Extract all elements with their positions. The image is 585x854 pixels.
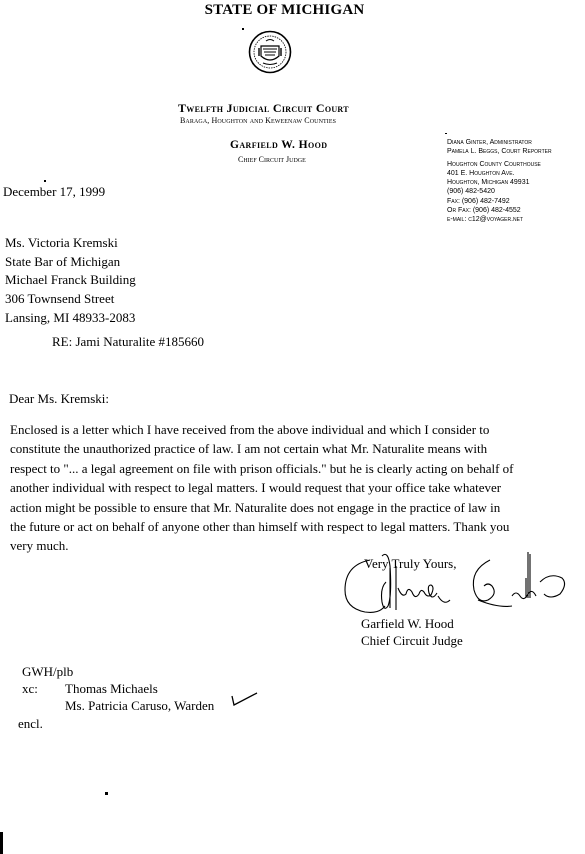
michigan-state-seal-icon [248,30,292,74]
copy-recipient-row: Ms. Patricia Caruso, Warden [22,697,214,714]
body-line: Enclosed is a letter which I have receiv… [10,420,513,439]
state-title-text: STATE OF MICHIGAN [205,2,365,18]
scan-mark [445,133,447,134]
reference-block: GWH/plb xc: Thomas Michaels Ms. Patricia… [22,663,214,714]
scan-speck [44,180,46,182]
copy-recipient: Ms. Patricia Caruso, Warden [65,697,214,714]
alt-fax-line: Or Fax: (906) 482-4552 [447,206,552,215]
body-line: action might be possible to ensure that … [10,498,513,517]
court-contact-block: Diana Ginter, Administrator Pamela L. Be… [447,138,552,225]
salutation: Dear Ms. Kremski: [9,390,109,409]
phone-line: (906) 482-5420 [447,187,552,196]
letter-date: December 17, 1999 [3,183,105,202]
typist-initials: GWH/plb [22,663,214,680]
recipient-street: 306 Townsend Street [5,290,136,309]
body-line: another individual with respect to legal… [10,478,513,497]
recipient-city: Lansing, MI 48933-2083 [5,309,136,328]
judge-title: Chief Circuit Judge [238,155,306,164]
judge-name: Garfield W. Hood [230,139,327,151]
city-line: Houghton, Michigan 49931 [447,178,552,187]
copy-recipient-row: xc: Thomas Michaels [22,680,214,697]
fax-line: Fax: (906) 482-7492 [447,197,552,206]
body-line: the future or act on behalf of anyone ot… [10,517,513,536]
copy-label: xc: [22,680,65,697]
court-reporter-line: Pamela L. Beggs, Court Reporter [447,147,552,156]
body-line: constitute the unauthorized practice of … [10,439,513,458]
scan-speck [242,28,244,30]
state-title: STATE OF MICHIGAN [0,2,585,19]
signer-name: Garfield W. Hood [361,615,463,632]
courthouse-line: Houghton County Courthouse [447,160,552,169]
scan-speck [105,792,108,795]
subject-line: RE: Jami Naturalite #185660 [52,333,204,352]
body-line: respect to "... a legal agreement on fil… [10,459,513,478]
recipient-organization: State Bar of Michigan [5,253,136,272]
court-counties: Baraga, Houghton and Keweenaw Counties [180,116,336,125]
signature-block: Garfield W. Hood Chief Circuit Judge [361,615,463,649]
handwritten-signature-icon [340,548,570,618]
email-line: e-mail: c12@voyager.net [447,215,552,224]
checkmark-icon [230,692,258,706]
copy-recipient: Thomas Michaels [65,680,158,697]
scan-edge-mark [0,832,3,854]
letter-body: Enclosed is a letter which I have receiv… [10,420,513,556]
recipient-address: Ms. Victoria Kremski State Bar of Michig… [5,234,136,328]
recipient-building: Michael Franck Building [5,271,136,290]
signer-title: Chief Circuit Judge [361,632,463,649]
street-line: 401 E. Houghton Ave. [447,169,552,178]
administrator-line: Diana Ginter, Administrator [447,138,552,147]
enclosure-note: encl. [18,715,43,734]
recipient-name: Ms. Victoria Kremski [5,234,136,253]
court-name: Twelfth Judicial Circuit Court [178,101,349,116]
